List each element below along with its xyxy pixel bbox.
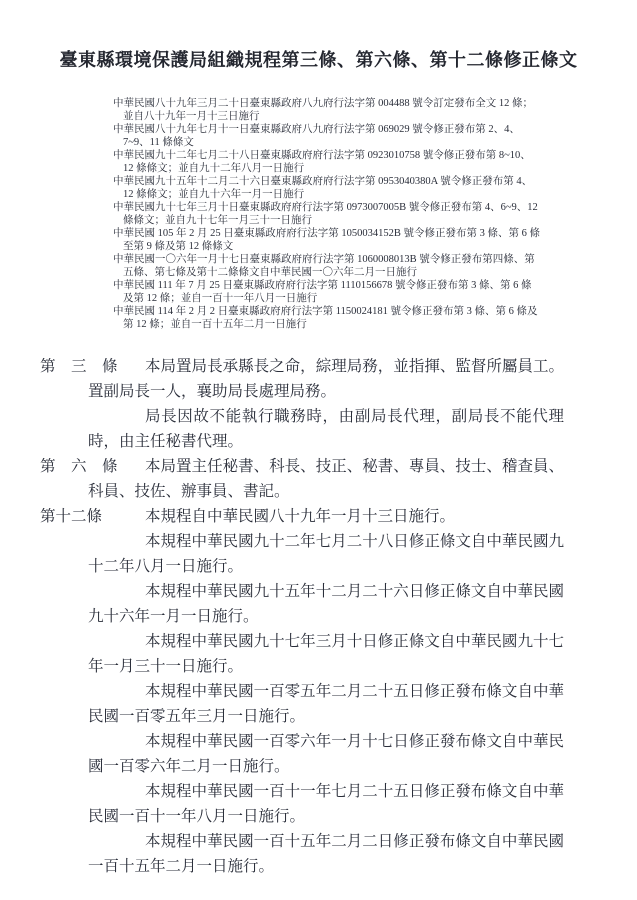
amendment-history-entry: 中華民國九十七年三月十日臺東縣政府府行法字第 0973007005B 號令修正發… [113,201,541,227]
article-paragraph: 本規程中華民國一百零六年一月十七日修正發布條文自中華民國一百零六年二月一日施行。 [88,729,564,779]
amendment-history-entry: 中華民國九十二年七月二十八日臺東縣政府府行法字第 0923010758 號令修正… [113,149,541,175]
amendment-history-entry: 中華民國 111 年 7 月 25 日臺東縣政府府行法字第 1110156678… [113,279,541,305]
article-paragraph: 本規程中華民國一百零五年二月二十五日修正發布條文自中華民國一百零五年三月一日施行… [88,679,564,729]
article-paragraph: 局長因故不能執行職務時，由副局長代理，副局長不能代理時，由主任秘書代理。 [88,404,564,454]
article-paragraph: 本局置主任秘書、科長、技正、秘書、專員、技士、稽查員、科員、技佐、辦事員、書記。 [88,454,564,504]
article-paragraph: 本規程中華民國一百十一年七月二十五日修正發布條文自中華民國一百十一年八月一日施行… [88,779,564,829]
article-body: 本局置局長承縣長之命，綜理局務，並指揮、監督所屬員工。置副局長一人，襄助局長處理… [88,354,564,454]
article: 第 六 條 本局置主任秘書、科長、技正、秘書、專員、技士、稽查員、科員、技佐、辦… [0,454,637,504]
amendment-history-entry: 中華民國八十九年三月二十日臺東縣政府八九府行法字第 004488 號令訂定發布全… [113,97,541,123]
document-page: 臺東縣環境保護局組織規程第三條、第六條、第十二條修正條文 中華民國八十九年三月二… [0,0,637,900]
article-number-label: 第 六 條 [40,454,118,479]
article-paragraph: 本規程中華民國一百十五年二月二日修正發布條文自中華民國一百十五年二月一日施行。 [88,829,564,879]
article-paragraph: 本規程中華民國九十五年十二月二十六日修正條文自中華民國九十六年一月一日施行。 [88,579,564,629]
article: 第 三 條 本局置局長承縣長之命，綜理局務，並指揮、監督所屬員工。置副局長一人，… [0,354,637,454]
amendment-history: 中華民國八十九年三月二十日臺東縣政府八九府行法字第 004488 號令訂定發布全… [113,97,541,331]
amendment-history-entry: 中華民國一〇六年一月十七日臺東縣政府府行法字第 1060008013B 號令修正… [113,253,541,279]
article-paragraph: 本局置局長承縣長之命，綜理局務，並指揮、監督所屬員工。置副局長一人，襄助局長處理… [88,354,564,404]
amendment-history-entry: 中華民國九十五年十二月二十六日臺東縣政府府行法字第 0953040380A 號令… [113,175,541,201]
article: 第十二條 本規程自中華民國八十九年一月十三日施行。 本規程中華民國九十二年七月二… [0,504,637,879]
amendment-history-entry: 中華民國 105 年 2 月 25 日臺東縣政府府行法字第 1050034152… [113,227,541,253]
article-body: 本規程自中華民國八十九年一月十三日施行。 本規程中華民國九十二年七月二十八日修正… [88,504,564,879]
article-body: 本局置主任秘書、科長、技正、秘書、專員、技士、稽查員、科員、技佐、辦事員、書記。 [88,454,564,504]
article-number-label: 第十二條 [40,504,102,529]
document-title: 臺東縣環境保護局組織規程第三條、第六條、第十二條修正條文 [0,0,637,72]
article-paragraph: 本規程自中華民國八十九年一月十三日施行。 [88,504,564,529]
article-paragraph: 本規程中華民國九十二年七月二十八日修正條文自中華民國九十二年八月一日施行。 [88,529,564,579]
amendment-history-entry: 中華民國 114 年 2 月 2 日臺東縣政府府行法字第 1150024181 … [113,305,541,331]
article-number-label: 第 三 條 [40,354,118,379]
articles-section: 第 三 條 本局置局長承縣長之命，綜理局務，並指揮、監督所屬員工。置副局長一人，… [0,354,637,879]
amendment-history-entry: 中華民國八十九年七月十一日臺東縣政府八九府行法字第 069029 號令修正發布第… [113,123,541,149]
article-paragraph: 本規程中華民國九十七年三月十日修正條文自中華民國九十七年一月三十一日施行。 [88,629,564,679]
